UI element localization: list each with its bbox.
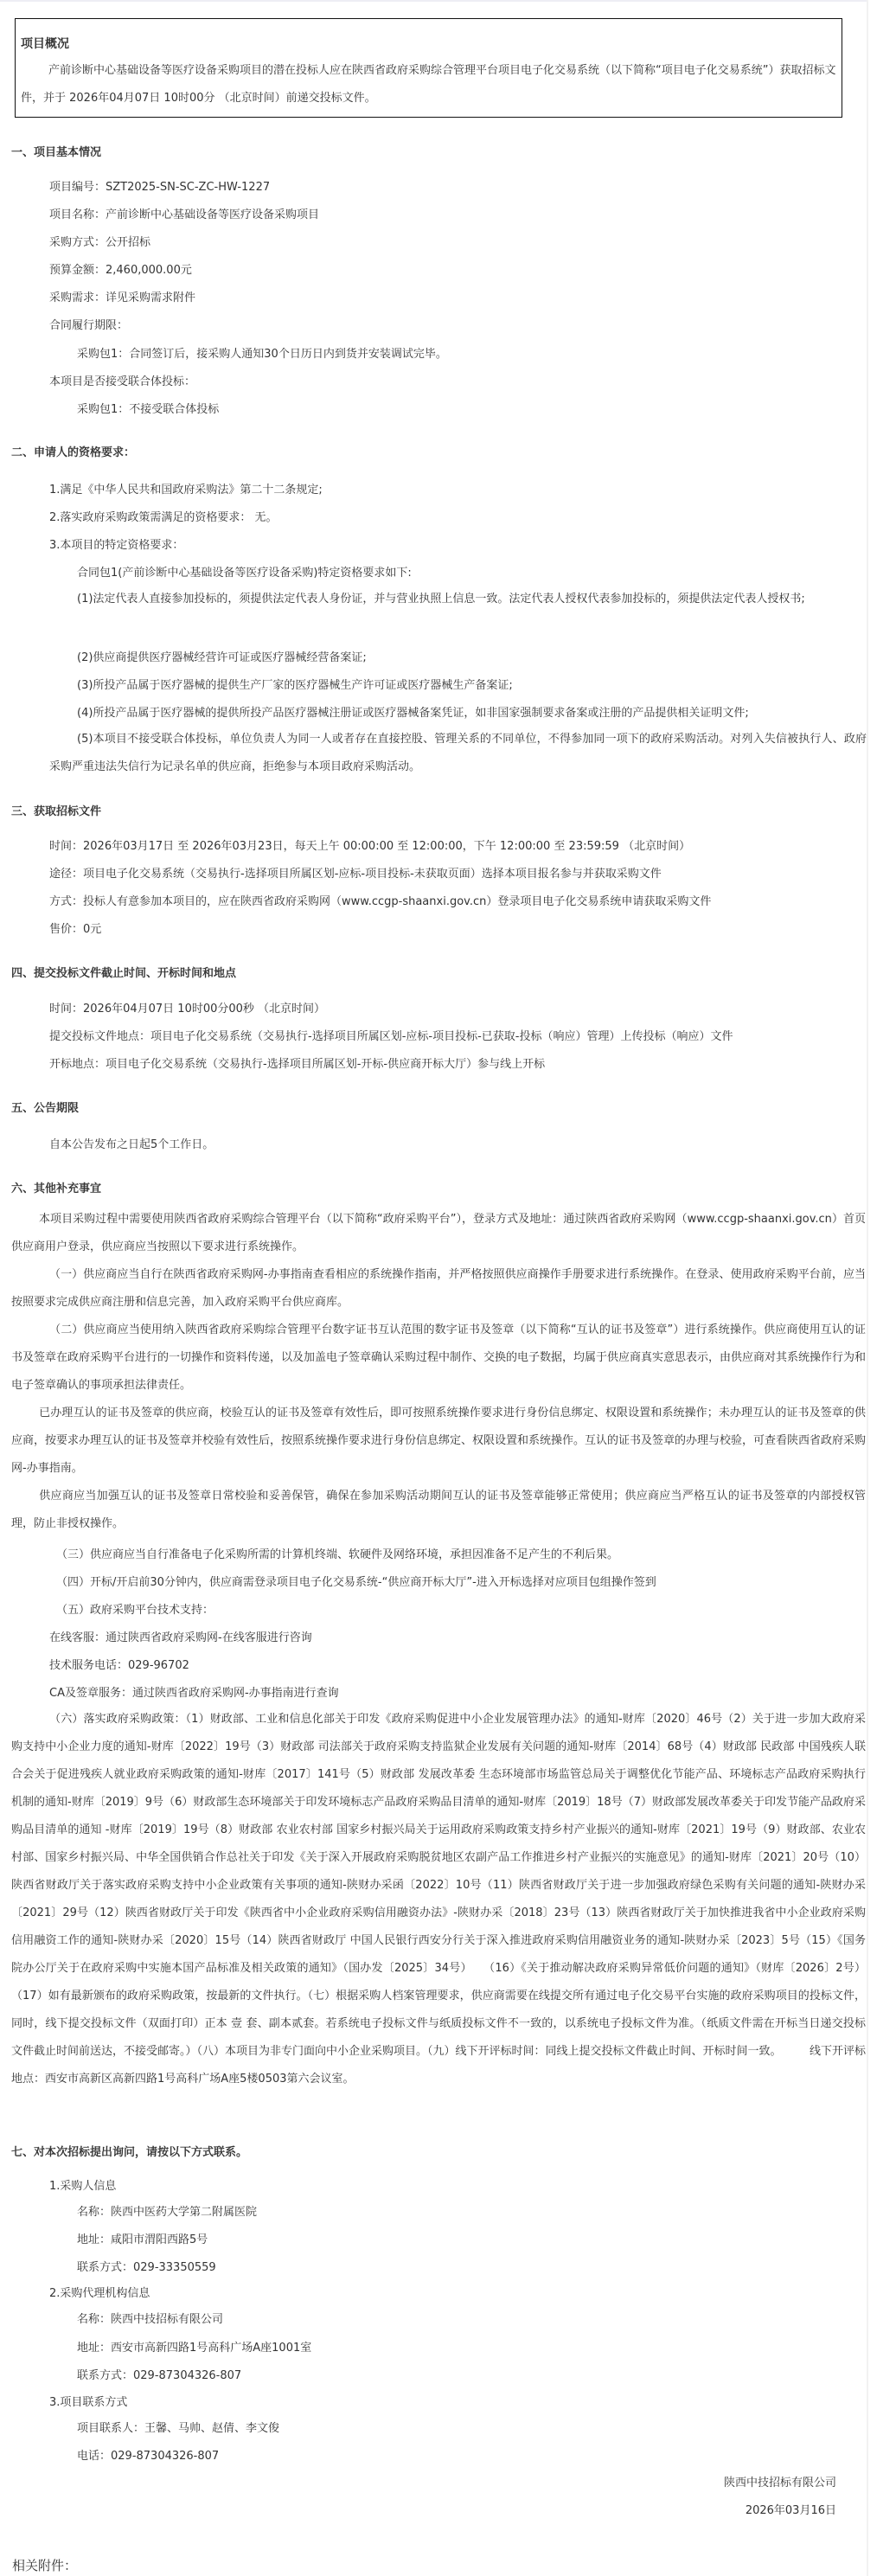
supplement-paragraph-5: 供应商应当加强互认的证书及签章日常校验和妥善保管，确保在参加采购活动期间互认的证… [11, 1483, 866, 1538]
section-2-title: 二、申请人的资格要求： [11, 443, 135, 459]
signature-company: 陕西中技招标有限公司 [724, 2473, 836, 2489]
section-6-title: 六、其他补充事宜 [11, 1179, 101, 1195]
purchaser-contact: 联系方式：029-33350559 [77, 2258, 216, 2274]
requirement-1: (1)法定代表人直接参加投标的，须提供法定代表人身份证，并与营业执照上信息一致。… [49, 586, 867, 613]
top-divider [0, 0, 867, 2]
package-requirements-intro: 合同包1(产前诊断中心基础设备等医疗设备采购)特定资格要求如下: [77, 563, 412, 580]
obtain-price: 售价：0元 [49, 920, 101, 936]
requirement-4: (4)所投产品属于医疗器械的提供所投产品医疗器械注册证或医疗器械备案凭证，如非国… [77, 703, 749, 720]
signature-date: 2026年03月16日 [746, 2501, 836, 2517]
obtain-route: 途径：项目电子化交易系统（交易执行-选择项目所属区划-应标-项目投标-未获取页面… [49, 864, 662, 881]
project-name: 项目名称：产前诊断中心基础设备等医疗设备采购项目 [49, 205, 319, 221]
policy-paragraph-text: （六）落实政府采购政策：（1）财政部、工业和信息化部关于印发《政府采购促进中小企… [11, 1713, 866, 2086]
attachments-label: 相关附件： [12, 2556, 77, 2574]
obtain-way: 方式：投标人有意参加本项目的，应在陕西省政府采购网（www.ccgp-shaan… [49, 892, 711, 908]
overview-title: 项目概况 [21, 31, 836, 57]
procurement-method: 采购方式：公开招标 [49, 233, 150, 249]
requirement-5-text: (5)本项目不接受联合体投标，单位负责人为同一人或者存在直接控股、管理关系的不同… [49, 733, 867, 773]
supplement-paragraph-3-text: （二）供应商应当使用纳入陕西省政府采购综合管理平台数字证书互认范围的数字证书及签… [11, 1323, 866, 1392]
supplement-paragraph-4: 已办理互认的证书及签章的供应商，校验互认的证书及签章有效性后，即可按照系统操作要… [11, 1400, 866, 1483]
project-number: 项目编号：SZT2025-SN-SC-ZC-HW-1227 [49, 177, 270, 194]
page-scrollbar-track[interactable] [867, 0, 896, 2576]
requirement-1-text: (1)法定代表人直接参加投标的，须提供法定代表人身份证，并与营业执照上信息一致。… [77, 593, 805, 606]
agency-address: 地址：西安市高新四路1号高科广场A座1001室 [77, 2338, 311, 2355]
agency-contact: 联系方式：029-87304326-807 [77, 2366, 241, 2382]
budget-amount: 预算金额：2,460,000.00元 [49, 260, 192, 277]
supplement-paragraph-3: （二）供应商应当使用纳入陕西省政府采购综合管理平台数字证书互认范围的数字证书及签… [11, 1317, 866, 1400]
ca-service: CA及签章服务：通过陕西省政府采购网-办事指南进行查询 [49, 1683, 339, 1700]
qualification-item-2: 2.落实政府采购政策需满足的资格要求： 无。 [49, 508, 278, 524]
purchaser-address: 地址：咸阳市渭阳西路5号 [77, 2230, 208, 2246]
supplement-paragraph-4-text: 已办理互认的证书及签章的供应商，校验互认的证书及签章有效性后，即可按照系统操作要… [11, 1407, 866, 1475]
open-place: 开标地点：项目电子化交易系统（交易执行-选择项目所属区划-开标-供应商开标大厅）… [49, 1054, 545, 1071]
agency-name: 名称：陕西中技招标有限公司 [77, 2310, 223, 2326]
section-1-title: 一、项目基本情况 [11, 143, 101, 159]
section-5-title: 五、公告期限 [11, 1099, 79, 1115]
requirement-2: (2)供应商提供医疗器械经营许可证或医疗器械经营备案证; [77, 648, 367, 664]
project-overview-box: 项目概况 产前诊断中心基础设备等医疗设备采购项目的潜在投标人应在陕西省政府采购综… [15, 18, 842, 118]
project-phone: 电话：029-87304326-807 [77, 2446, 219, 2463]
supplement-paragraph-1: 本项目采购过程中需要使用陕西省政府采购综合管理平台（以下简称“政府采购平台”），… [11, 1206, 866, 1261]
online-service: 在线客服：通过陕西省政府采购网-在线客服进行咨询 [49, 1628, 312, 1644]
requirement-5: (5)本项目不接受联合体投标，单位负责人为同一人或者存在直接控股、管理关系的不同… [49, 726, 867, 781]
obtain-time: 时间：2026年03月17日 至 2026年03月23日，每天上午 00:00:… [49, 836, 690, 853]
deadline-time: 时间：2026年04月07日 10时00分00秒 （北京时间） [49, 999, 325, 1016]
consortium-label: 本项目是否接受联合体投标： [49, 372, 195, 388]
section-7-title: 七、对本次招标提出询问，请按以下方式联系。 [11, 2143, 247, 2159]
supplement-paragraph-6: （三）供应商应当自行准备电子化采购所需的计算机终端、软硬件及网络环境，承担因准备… [56, 1545, 618, 1561]
purchaser-heading: 1.采购人信息 [49, 2176, 116, 2193]
section-4-title: 四、提交投标文件截止时间、开标时间和地点 [11, 964, 236, 980]
section-3-title: 三、获取招标文件 [11, 802, 101, 818]
consortium-pkg1: 采购包1：不接受联合体投标 [77, 400, 219, 416]
qualification-item-3: 3.本项目的特定资格要求： [49, 535, 183, 552]
submit-place: 提交投标文件地点：项目电子化交易系统（交易执行-选择项目所属区划-应标-项目投标… [49, 1027, 733, 1043]
supplement-paragraph-5-text: 供应商应当加强互认的证书及签章日常校验和妥善保管，确保在参加采购活动期间互认的证… [11, 1490, 866, 1530]
contract-period-pkg1: 采购包1：合同签订后，接采购人通知30个日历日内到货并安装调试完毕。 [77, 344, 447, 361]
project-contacts: 项目联系人：王馨、马帅、赵倩、李文俊 [77, 2419, 279, 2435]
overview-text: 产前诊断中心基础设备等医疗设备采购项目的潜在投标人应在陕西省政府采购综合管理平台… [21, 57, 836, 112]
notice-period: 自本公告发布之日起5个工作日。 [49, 1135, 214, 1151]
supplement-paragraph-8: （五）政府采购平台技术支持： [56, 1600, 214, 1617]
contract-period-label: 合同履行期限： [49, 316, 128, 332]
agency-heading: 2.采购代理机构信息 [49, 2284, 150, 2300]
supplement-paragraph-2-text: （一）供应商应当自行在陕西省政府采购网-办事指南查看相应的系统操作指南，并严格按… [11, 1268, 866, 1309]
requirement-3: (3)所投产品属于医疗器械的提供生产厂家的医疗器械生产许可证或医疗器械生产备案证… [77, 676, 513, 692]
procurement-demand: 采购需求：详见采购需求附件 [49, 288, 195, 304]
qualification-item-1: 1.满足《中华人民共和国政府采购法》第二十二条规定; [49, 480, 323, 497]
policy-paragraph: （六）落实政府采购政策：（1）财政部、工业和信息化部关于印发《政府采购促进中小企… [11, 1706, 866, 2093]
supplement-paragraph-7: （四）开标/开启前30分钟内，供应商需登录项目电子化交易系统-“供应商开标大厅”… [56, 1573, 656, 1589]
supplement-paragraph-2: （一）供应商应当自行在陕西省政府采购网-办事指南查看相应的系统操作指南，并严格按… [11, 1261, 866, 1317]
supplement-paragraph-1-text: 本项目采购过程中需要使用陕西省政府采购综合管理平台（以下简称“政府采购平台”），… [11, 1213, 866, 1253]
project-contact-heading: 3.项目联系方式 [49, 2393, 127, 2409]
tech-service-phone: 技术服务电话：029-96702 [49, 1656, 189, 1672]
purchaser-name: 名称：陕西中医药大学第二附属医院 [77, 2202, 257, 2219]
